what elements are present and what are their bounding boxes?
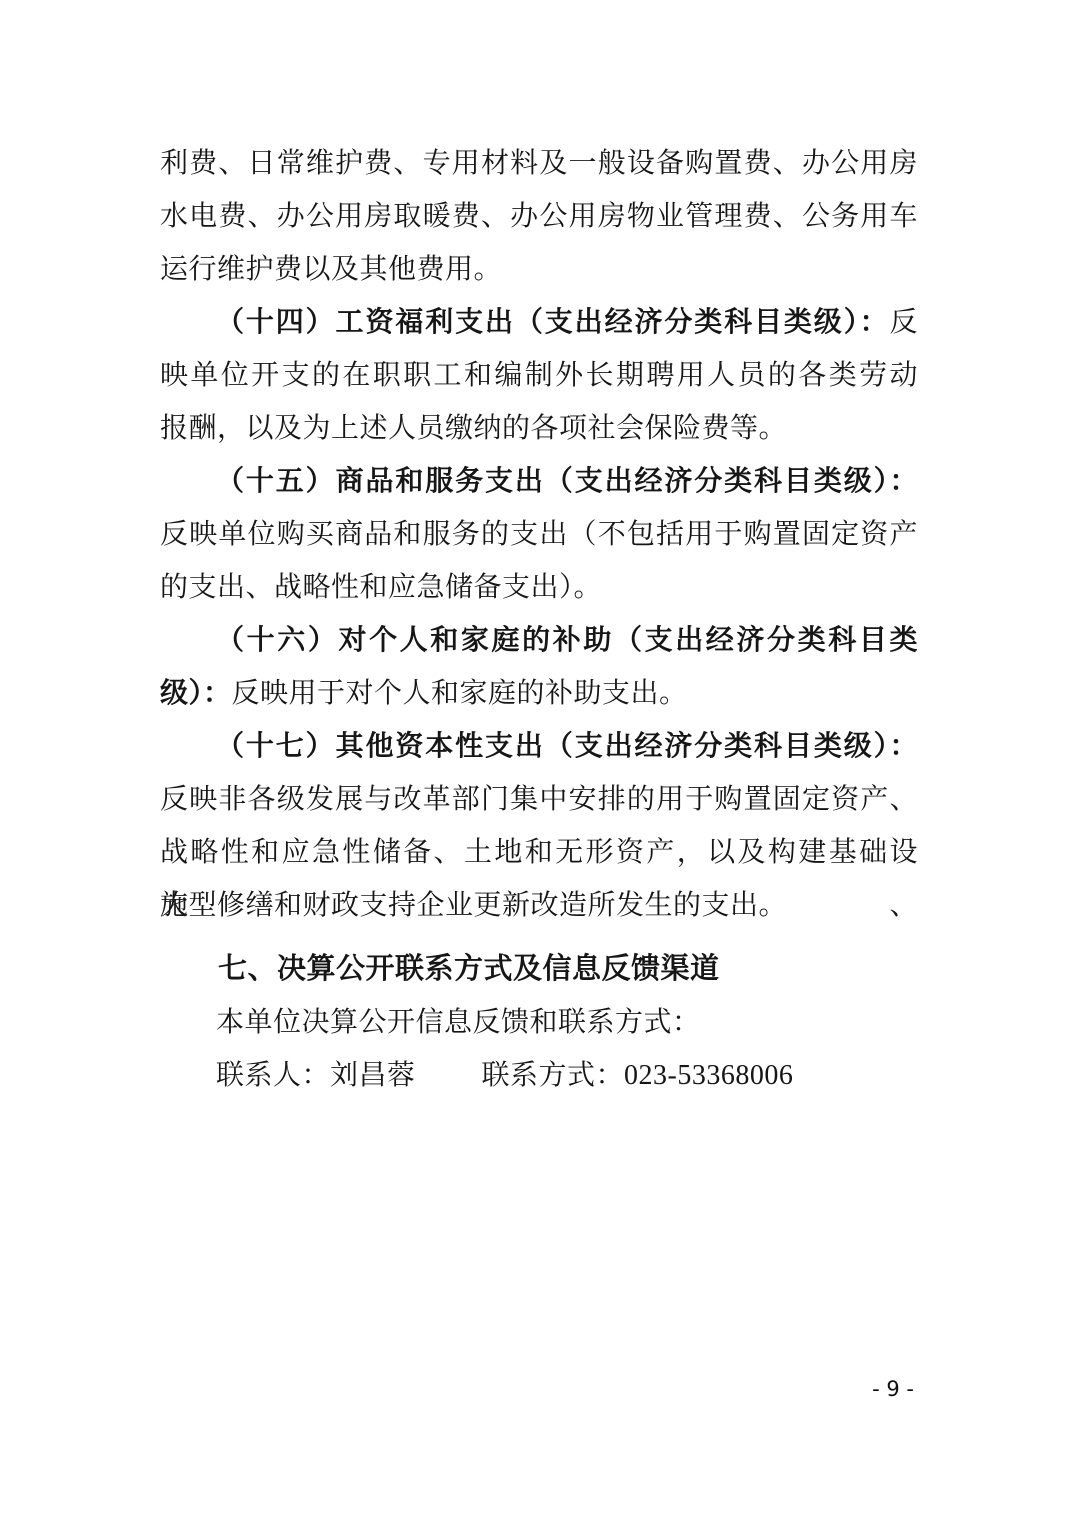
body-line-text: 反映非各级发展与改革部门集中安排的用于购置固定资产、 <box>160 784 918 815</box>
page-number: - 9 - <box>872 1375 914 1403</box>
body-line: 反映单位购买商品和服务的支出（不包括用于购置固定资产 <box>160 508 918 561</box>
section-17-line: （十七）其他资本性支出（支出经济分类科目类级）： <box>160 720 918 773</box>
section-16-title: （十六）对个人和家庭的补助（支出经济分类科目类 <box>216 625 918 656</box>
body-line-text: 反映用于对个人和家庭的补助支出。 <box>232 678 688 709</box>
section-14-title: （十四）工资福利支出（支出经济分类科目类级）： <box>216 307 889 338</box>
body-line-text: 反 <box>889 307 918 338</box>
section-7-heading: 七、决算公开联系方式及信息反馈渠道 <box>160 943 918 996</box>
body-line: 报酬，以及为上述人员缴纳的各项社会保险费等。 <box>160 402 918 455</box>
body-line-text: 的支出、战略性和应急储备支出）。 <box>160 572 602 603</box>
body-line-text: 利费、日常维护费、专用材料及一般设备购置费、办公用房 <box>160 148 918 179</box>
section-16-line: （十六）对个人和家庭的补助（支出经济分类科目类 <box>160 614 918 667</box>
contact-person-name: 刘昌蓉 <box>330 1060 416 1091</box>
section-15-line: （十五）商品和服务支出（支出经济分类科目类级）： <box>160 455 918 508</box>
body-line: 级）：反映用于对个人和家庭的补助支出。 <box>160 667 918 720</box>
body-line-text: 水电费、办公用房取暖费、办公用房物业管理费、公务用车 <box>160 201 918 232</box>
body-line-text: 反映单位购买商品和服务的支出（不包括用于购置固定资产 <box>160 519 918 550</box>
body-line: 利费、日常维护费、专用材料及一般设备购置费、办公用房 <box>160 137 918 190</box>
document-page: 利费、日常维护费、专用材料及一般设备购置费、办公用房 水电费、办公用房取暖费、办… <box>0 0 1074 1520</box>
section-17-title: （十七）其他资本性支出（支出经济分类科目类级）： <box>216 731 918 762</box>
section-14-line: （十四）工资福利支出（支出经济分类科目类级）：反 <box>160 296 918 349</box>
body-line: 运行维护费以及其他费用。 <box>160 243 918 296</box>
body-line: 映单位开支的在职职工和编制外长期聘用人员的各类劳动 <box>160 349 918 402</box>
section-15-title: （十五）商品和服务支出（支出经济分类科目类级）： <box>216 466 918 497</box>
body-line: 水电费、办公用房取暖费、办公用房物业管理费、公务用车 <box>160 190 918 243</box>
contact-person-label: 联系人： <box>216 1060 330 1091</box>
body-line-text: 大型修缮和财政支持企业更新改造所发生的支出。 <box>160 890 787 921</box>
body-line: 的支出、战略性和应急储备支出）。 <box>160 561 918 614</box>
body-line: 反映非各级发展与改革部门集中安排的用于购置固定资产、 <box>160 773 918 826</box>
body-line-text: 运行维护费以及其他费用。 <box>160 254 502 285</box>
contact-phone-number: 023-53368006 <box>624 1060 793 1091</box>
contact-intro-line: 本单位决算公开信息反馈和联系方式： <box>160 996 918 1049</box>
contact-line: 联系人：刘昌蓉联系方式：023-53368006 <box>160 1049 918 1102</box>
body-line-bold: 级）： <box>160 678 232 709</box>
document-text-block: 利费、日常维护费、专用材料及一般设备购置费、办公用房 水电费、办公用房取暖费、办… <box>160 137 918 1102</box>
body-line-text: 映单位开支的在职职工和编制外长期聘用人员的各类劳动 <box>160 360 918 391</box>
body-line-text: 报酬，以及为上述人员缴纳的各项社会保险费等。 <box>160 413 787 444</box>
contact-method-label: 联系方式： <box>482 1060 625 1091</box>
body-line: 战略性和应急性储备、土地和无形资产，以及构建基础设施、 <box>160 826 918 879</box>
